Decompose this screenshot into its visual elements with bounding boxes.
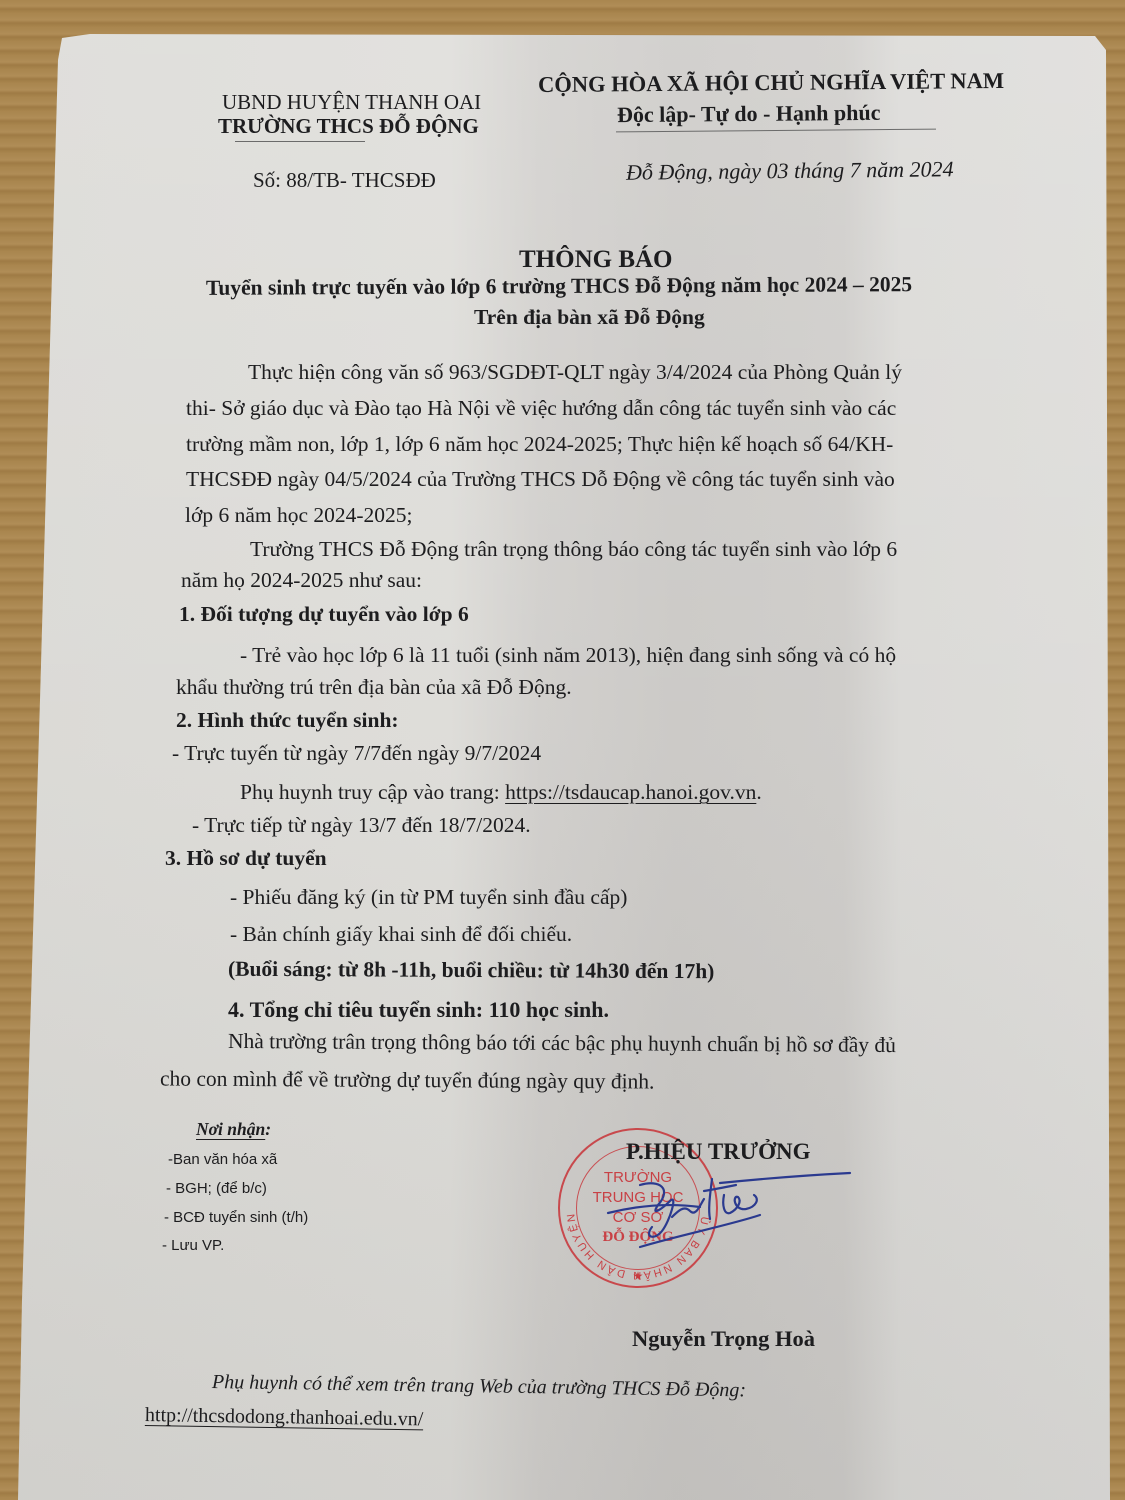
para1-line: trường mầm non, lớp 1, lớp 6 năm học 202… [186,434,893,456]
school-website-link[interactable]: http://thcsdodong.thanhoai.edu.vn/ [145,1405,424,1429]
document-title: THÔNG BÁO [519,247,673,272]
document-subtitle: Tuyển sinh trực tuyến vào lớp 6 trường T… [206,274,912,299]
para1-line: lớp 6 năm học 2024-2025; [185,505,413,527]
recipient-item: -Ban văn hóa xã [168,1152,277,1167]
section3-hours: (Buổi sáng: từ 8h -11h, buổi chiều: từ 1… [228,959,714,983]
section3-item: - Bản chính giấy khai sinh để đối chiếu. [230,924,572,946]
section2-heading: 2. Hình thức tuyển sinh: [176,710,399,732]
para1-line: THCSĐĐ ngày 04/5/2024 của Trường THCS Dỗ… [186,469,895,491]
recipient-item: - Lưu VP. [162,1238,224,1253]
para2-line: năm họ 2024-2025 như sau: [181,570,422,592]
tsdaucap-link[interactable]: https://tsdaucap.hanoi.gov.vn [505,780,756,804]
access-suffix: . [756,780,761,804]
section3-item: - Phiếu đăng ký (in từ PM tuyển sinh đầu… [230,887,627,909]
header-authority: UBND HUYỆN THANH OAI [222,92,481,113]
closing-line: Nhà trường trân trọng thông báo tới các … [228,1031,896,1057]
section1-line: khẩu thường trú trên địa bàn của xã Đỗ Đ… [176,677,572,699]
section1-heading: 1. Đối tượng dự tuyển vào lớp 6 [179,604,469,626]
section4-heading: 4. Tổng chỉ tiêu tuyển sinh: 110 học sin… [228,999,609,1021]
para1-line: thi- Sở giáo dục và Đào tạo Hà Nội về vi… [186,398,896,420]
closing-line: cho con mình để về trường dự tuyển đúng … [160,1068,655,1093]
section3-heading: 3. Hồ sơ dự tuyển [165,848,327,870]
recipient-item: - BGH; (để b/c) [166,1181,267,1196]
document-number: Số: 88/TB- THCSĐĐ [253,170,436,191]
place-date: Đỗ Động, ngày 03 tháng 7 năm 2024 [626,158,954,183]
recipients-label: Nơi nhận: [196,1121,271,1139]
header-left-rule [235,141,365,142]
section1-line: - Trẻ vào học lớp 6 là 11 tuổi (sinh năm… [240,645,896,667]
section2-access: Phụ huynh truy cập vào trang: https://ts… [240,782,762,804]
section2-online: - Trực tuyến từ ngày 7/7đến ngày 9/7/202… [172,743,541,765]
section2-direct: - Trực tiếp từ ngày 13/7 đến 18/7/2024. [192,815,531,837]
signer-role: P.HIỆU TRƯỞNG [626,1140,810,1163]
recipient-item: - BCĐ tuyển sinh (t/h) [164,1210,308,1225]
access-prefix: Phụ huynh truy cập vào trang: [240,780,505,804]
signature-scribble [600,1165,860,1255]
signer-name: Nguyễn Trọng Hoà [632,1328,815,1351]
header-motto: Độc lập- Tự do - Hạnh phúc [617,102,881,126]
header-country: CỘNG HÒA XÃ HỘI CHỦ NGHĨA VIỆT NAM [538,70,1004,97]
para1-line: Thực hiện công văn số 963/SGDĐT-QLT ngày… [248,362,902,384]
star-icon: ★ [633,1269,644,1283]
para2-line: Trường THCS Đỗ Động trân trọng thông báo… [250,539,897,561]
document-subtitle-area: Trên địa bàn xã Đỗ Động [474,307,705,329]
header-school: TRƯỜNG THCS ĐỖ ĐỘNG [218,116,479,137]
